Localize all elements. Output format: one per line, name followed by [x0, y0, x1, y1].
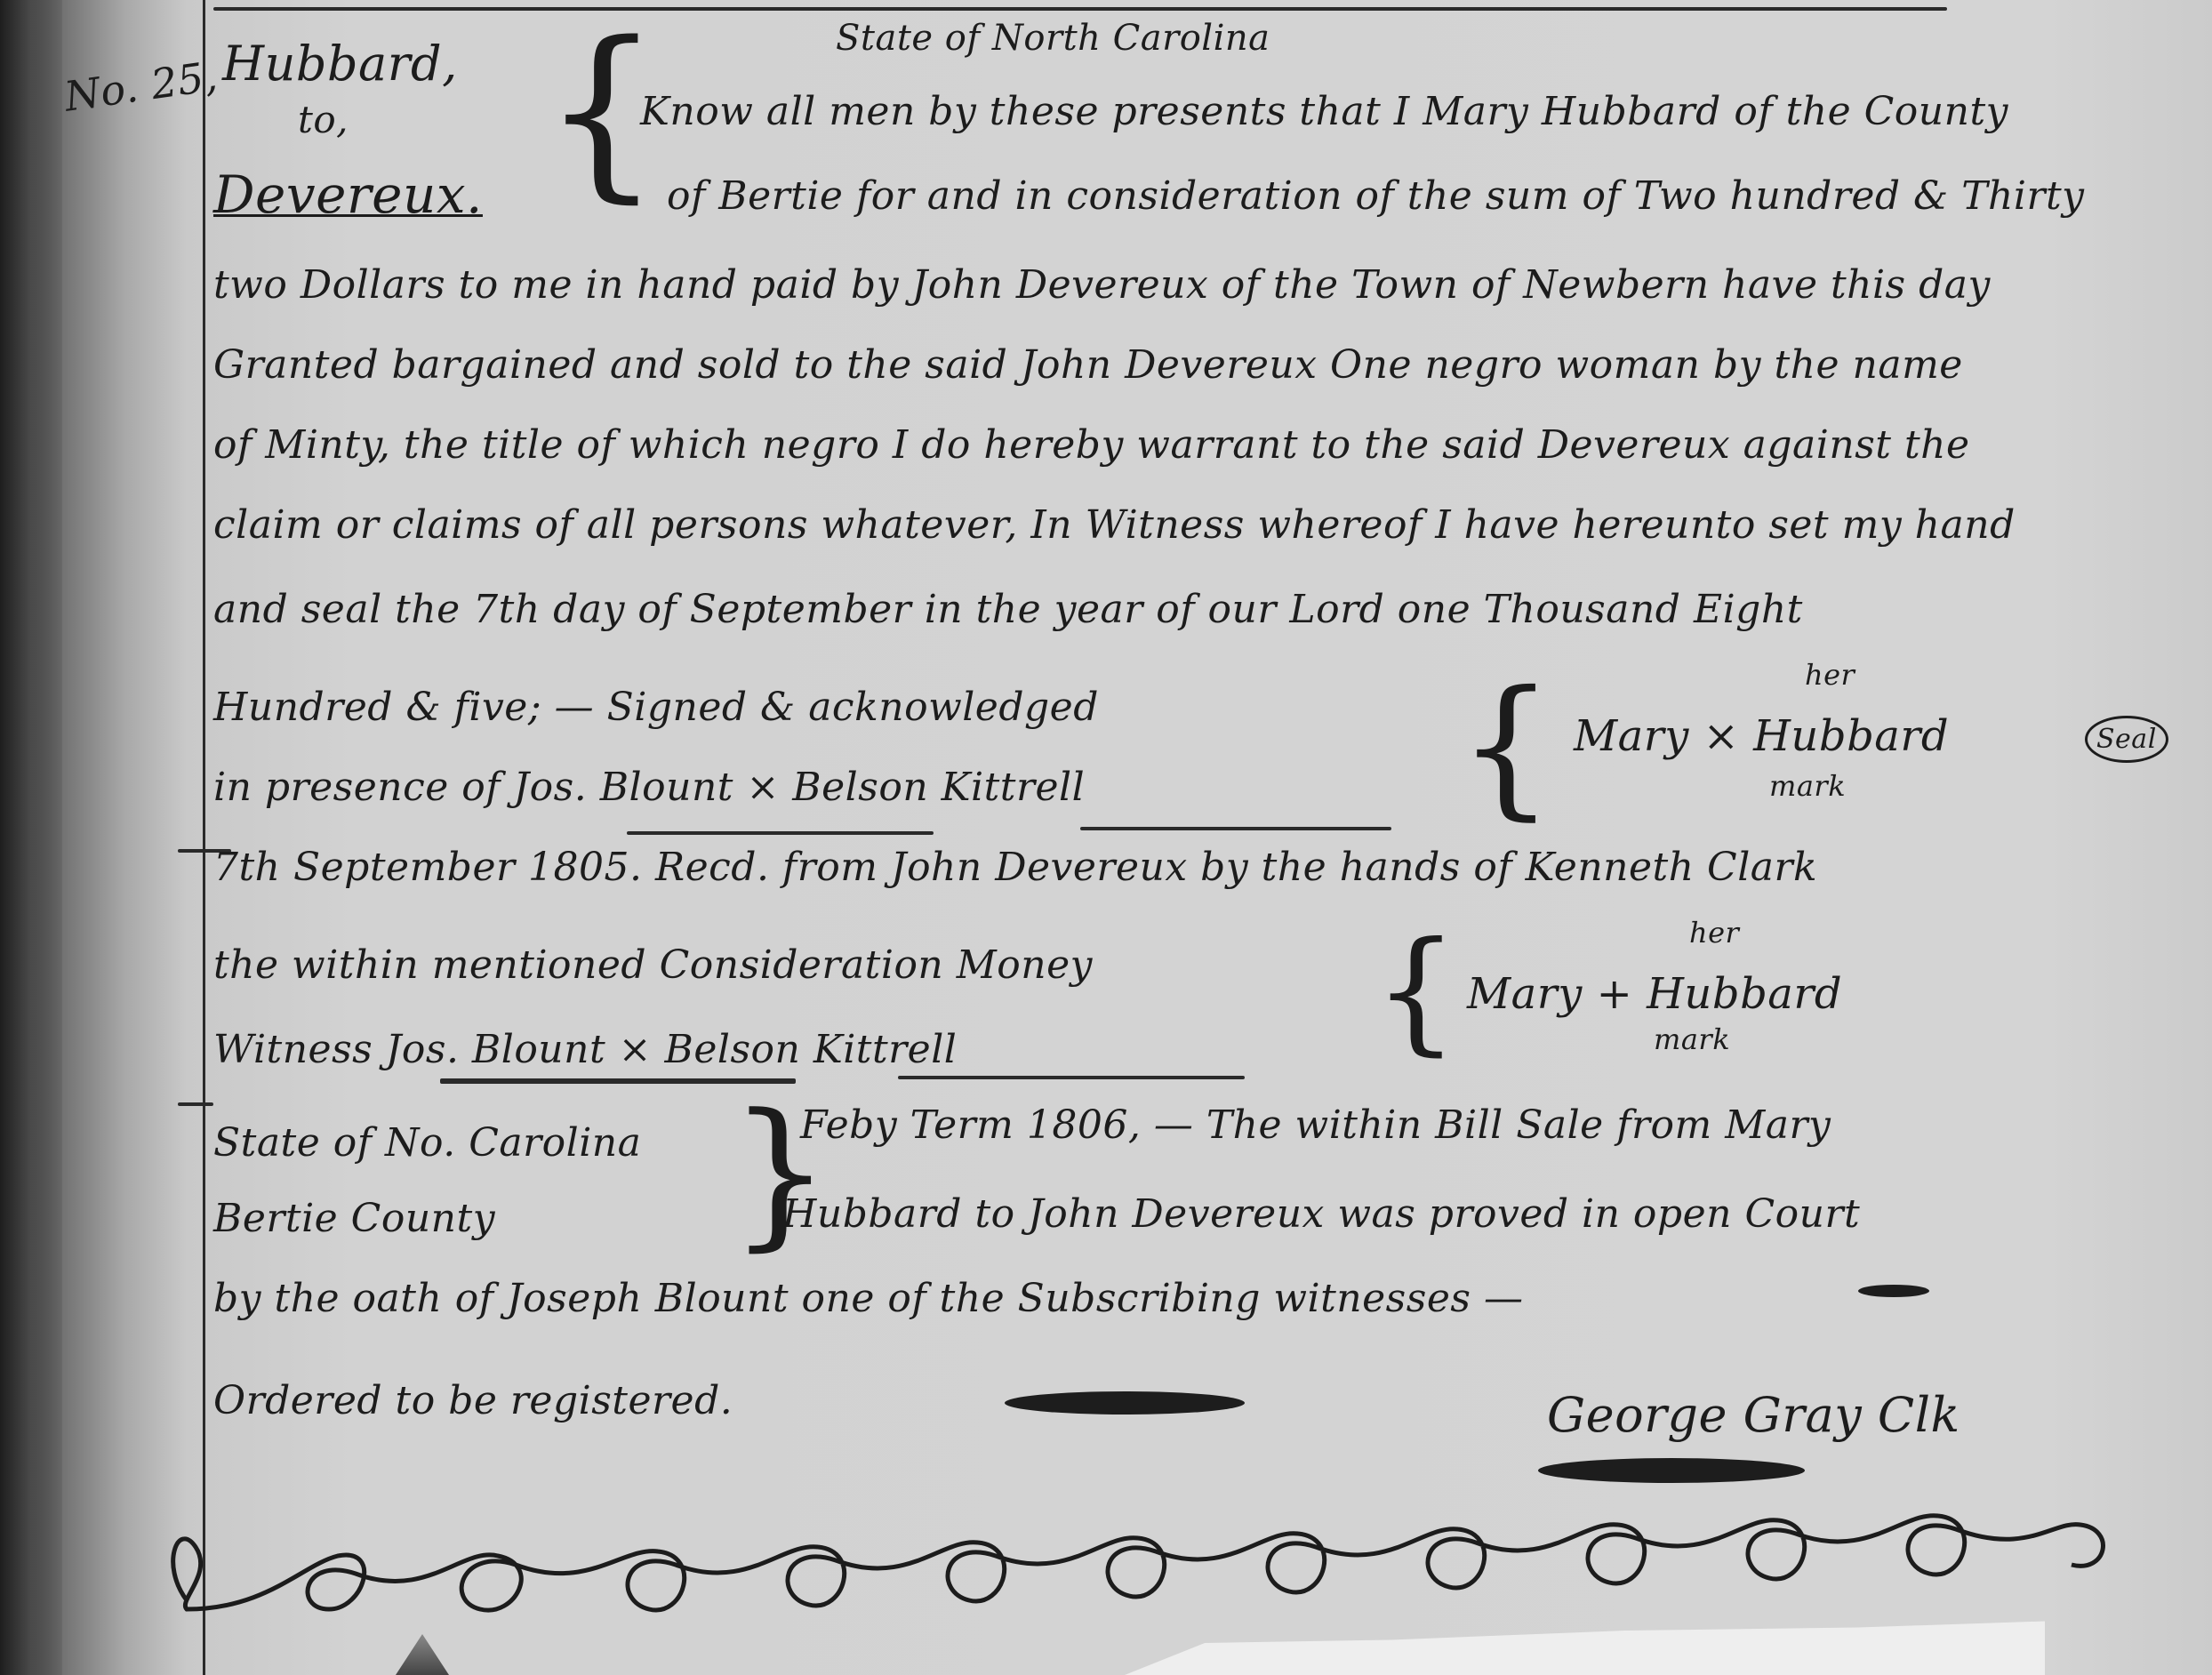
curly-brace-icon: { — [1458, 671, 1554, 822]
seal-mark: Seal — [2085, 716, 2168, 763]
divider-mark — [178, 1102, 213, 1106]
book-binding-shadow — [0, 0, 62, 1675]
curly-brace-icon: { — [1374, 925, 1458, 1058]
document-heading: State of North Carolina — [836, 18, 1270, 59]
court-venue-state: State of No. Carolina — [213, 1120, 641, 1166]
grantor-signature: Mary × Hubbard — [1574, 711, 1949, 761]
decorative-flourish-border — [160, 1511, 2187, 1636]
signature-underline — [1080, 827, 1391, 830]
witness-line: in presence of Jos. Blount × Belson Kitt… — [213, 765, 1085, 810]
pin-icon — [396, 1634, 449, 1675]
receipt-line: the within mentioned Consideration Money — [213, 942, 1093, 988]
body-line: Hundred & five; — Signed & acknowledged — [213, 685, 1099, 730]
mark-label: mark — [1654, 1022, 1730, 1056]
signature-underline — [627, 831, 934, 835]
her-label: her — [1689, 916, 1739, 950]
body-line: of Minty, the title of which negro I do … — [213, 422, 1970, 468]
body-line: Granted bargained and sold to the said J… — [213, 342, 1963, 388]
scanned-register-page: No. 25, Hubbard, to, Devereux. { State o… — [0, 0, 2212, 1675]
entry-number: No. 25, — [61, 52, 220, 121]
court-record-line: Hubbard to John Devereux was proved in o… — [782, 1191, 1860, 1237]
body-line: and seal the 7th day of September in the… — [213, 587, 1803, 632]
ink-flourish-stroke — [1538, 1458, 1805, 1483]
ink-flourish-stroke — [1005, 1391, 1245, 1415]
her-label: her — [1805, 658, 1855, 692]
court-record-line: Ordered to be registered. — [213, 1378, 733, 1423]
court-venue-county: Bertie County — [213, 1196, 495, 1241]
margin-rule-line — [203, 0, 205, 1675]
grantor-name-margin: Hubbard, — [222, 36, 458, 92]
clerk-signature: George Gray Clk — [1547, 1387, 1960, 1443]
top-rule-line — [525, 7, 1947, 11]
mark-label: mark — [1769, 769, 1846, 803]
body-line: claim or claims of all persons whatever,… — [213, 502, 2016, 548]
ink-flourish-stroke — [1858, 1285, 1929, 1297]
receipt-line: 7th September 1805. Recd. from John Deve… — [213, 845, 1817, 890]
body-line: two Dollars to me in hand paid by John D… — [213, 262, 1991, 308]
body-line: of Bertie for and in consideration of th… — [667, 173, 2085, 219]
grantor-signature-receipt: Mary + Hubbard — [1467, 969, 1842, 1019]
receipt-witness-line: Witness Jos. Blount × Belson Kittrell — [213, 1027, 957, 1072]
court-record-line: by the oath of Joseph Blount one of the … — [213, 1276, 1523, 1321]
margin-to-label: to, — [298, 98, 349, 141]
grantee-name-margin: Devereux. — [213, 164, 483, 225]
court-record-line: Feby Term 1806, — The within Bill Sale f… — [800, 1102, 1831, 1148]
body-line: Know all men by these presents that I Ma… — [640, 89, 2008, 134]
signature-underline — [898, 1076, 1245, 1079]
